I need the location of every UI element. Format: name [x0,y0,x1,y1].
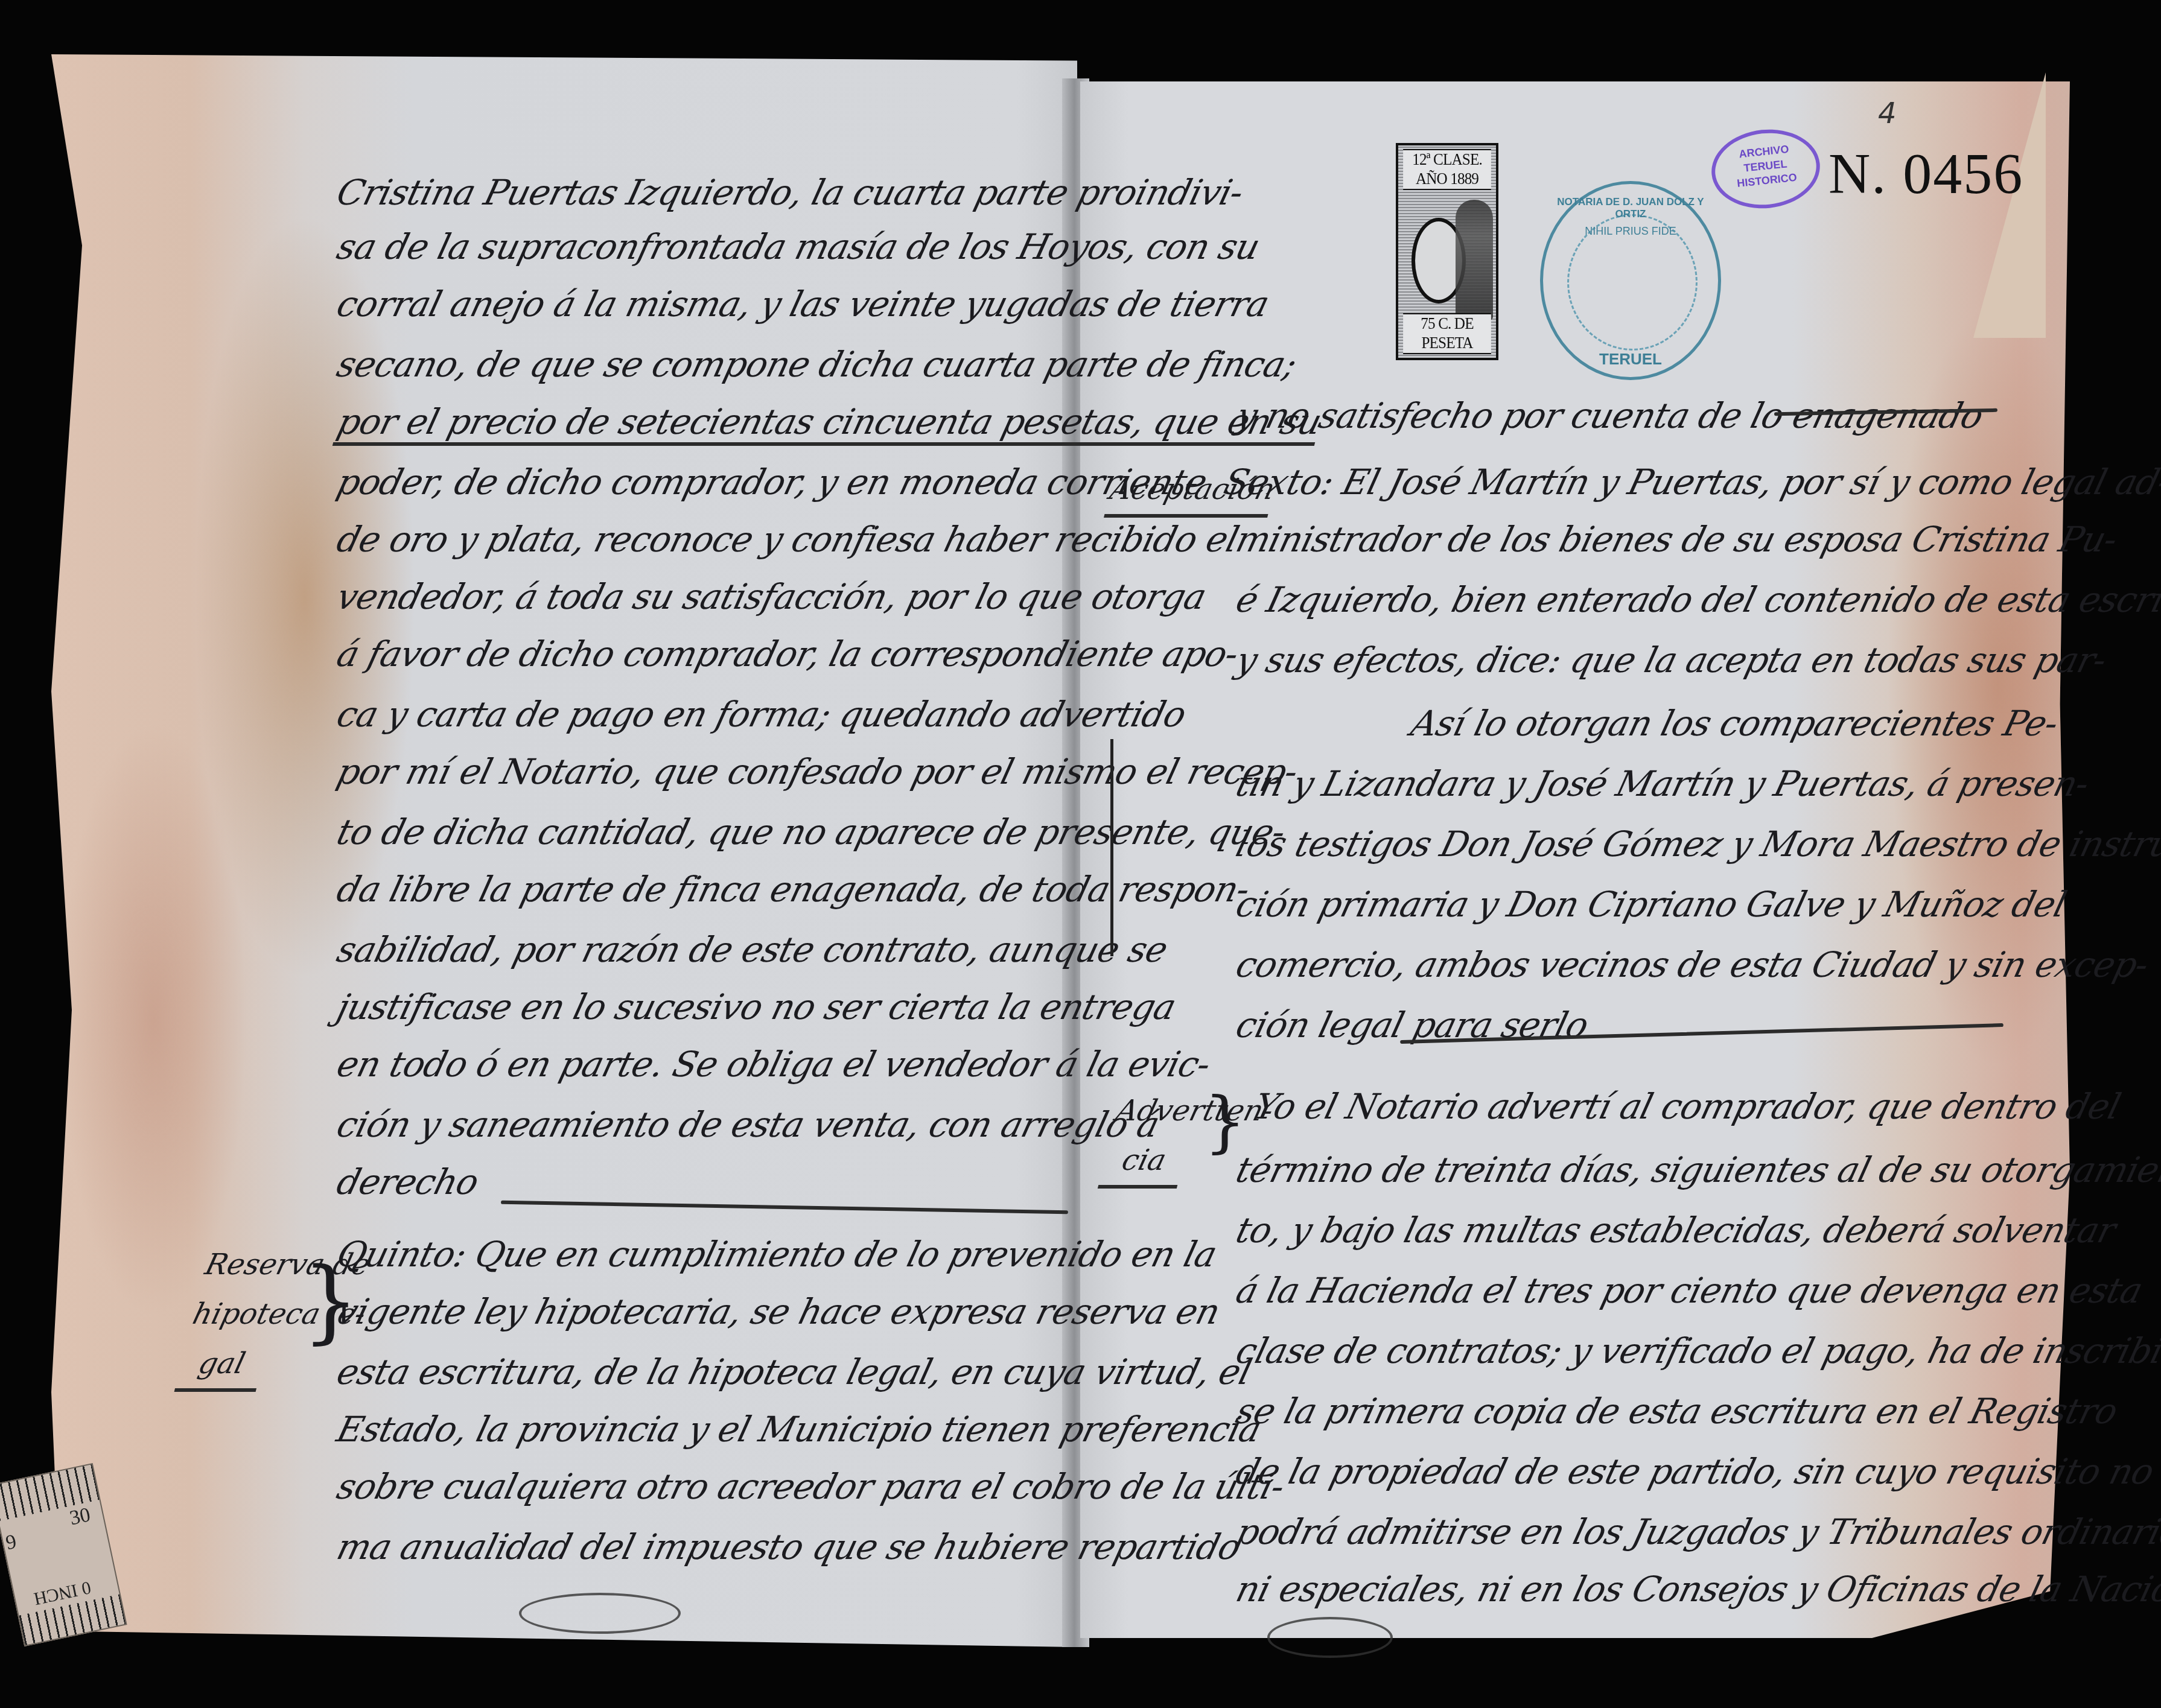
text-line: por mí el Notario, que confesado por el … [333,751,1302,792]
text-line-price: por el precio de setecientas cincuenta p… [333,401,1326,446]
text-line: justificase en lo sucesivo no ser cierta… [333,986,1180,1027]
text-line: poder, de dicho comprador, y en moneda c… [333,462,1211,503]
text-line: sabilidad, por razón de este contrato, a… [333,929,1172,970]
text-line: é Izquierdo, bien enterado del contenido… [1232,579,2161,620]
text-line: ni especiales, ni en los Consejos y Ofic… [1232,1569,2161,1610]
text-line: to de dicha cantidad, que no aparece de … [333,811,1290,852]
margin-note-advertencia: Advertten- cia [1098,1086,1279,1189]
text-line: se la primera copia de esta escritura en… [1232,1391,2122,1432]
stamp-header: 12ª CLASE. AÑO 1889 [1403,149,1491,190]
text-line: ción y saneamiento de esta venta, con ar… [333,1104,1163,1145]
text-line: á la Hacienda el tres por ciento que dev… [1232,1270,2147,1311]
text-line-clause-sexto: Sexto: El José Martín y Puertas, por sí … [1220,462,2161,503]
text-line: y sus efectos, dice: que la acepta en to… [1232,640,2111,681]
text-line: da libre la parte de finca enagenada, de… [333,869,1254,910]
seal-motto: NIHIL PRIUS FIDE [1543,225,1718,238]
allegorical-figure-icon [1456,200,1493,320]
page-number: 4 [1878,97,1897,130]
text-line: de oro y plata, reconoce y confiesa habe… [333,519,1243,560]
text-line: ministrador de los bienes de su esposa C… [1232,519,2121,560]
text-line: secano, de que se compone dicha cuarta p… [333,344,1301,385]
text-line: to, y bajo las multas establecidas, debe… [1232,1210,2120,1251]
text-line-clause-quinto: Quinto: Que en cumplimiento de lo preven… [333,1234,1221,1275]
margin-brace: } [302,1249,359,1354]
document-number: N. 0456 [1828,140,2023,207]
text-line: Cristina Puertas Izquierdo, la cuarta pa… [333,172,1247,213]
ruler-mark: 9 [4,1531,19,1555]
text-line: ción primaria y Don Cipriano Galve y Muñ… [1232,884,2070,925]
text-line: en todo ó en parte. Se obliga el vendedo… [333,1044,1215,1085]
stamp-footer: 75 C. DE PESETA [1403,313,1491,354]
margin-brace: } [1204,1083,1246,1160]
text-line: los testigos Don José Gómez y Mora Maest… [1232,824,2161,865]
text-line: comercio, ambos vecinos de esta Ciudad y… [1232,944,2153,985]
text-line: esta escritura, de la hipoteca legal, en… [333,1351,1256,1392]
seal-notary-name: NOTARIA DE D. JUAN DOLZ Y ORTIZ [1543,196,1718,220]
revenue-stamp: 12ª CLASE. AÑO 1889 75 C. DE PESETA [1396,143,1498,360]
closing-flourish [519,1593,681,1634]
text-line: de la propiedad de este partido, sin cuy… [1232,1451,2158,1492]
text-line: Estado, la provincia y el Municipio tien… [333,1409,1265,1450]
text-line-advertencia: Yo el Notario advertí al comprador, que … [1250,1086,2125,1127]
text-line: clase de contratos; y verificado el pago… [1232,1330,2161,1371]
text-line: vendedor, á toda su satisfacción, por lo… [333,576,1211,617]
text-line: término de treinta días, siguientes al d… [1232,1149,2161,1190]
text-line: ca y carta de pago en forma; quedando ad… [333,694,1190,735]
text-line: y no satisfecho por cuenta de lo enagena… [1232,395,1987,436]
text-line: derecho [333,1161,483,1202]
text-line: Así lo otorgan los comparecientes Pe- [1407,703,2063,744]
text-line: ma anualidad del impuesto que se hubiere… [333,1526,1245,1567]
ruler-mark: 30 [68,1503,92,1530]
text-line: corral anejo á la misma, y las veinte yu… [333,284,1273,325]
margin-initial-mark [1110,739,1113,956]
seal-city: TERUEL [1543,350,1718,369]
text-line: vigente ley hipotecaria, se hace expresa… [333,1291,1224,1332]
text-line: tin y Lizandara y José Martín y Puertas,… [1232,763,2093,804]
notary-seal: NOTARIA DE D. JUAN DOLZ Y ORTIZ NIHIL PR… [1540,181,1721,380]
text-line: sobre cualquiera otro acreedor para el c… [333,1466,1288,1507]
text-line: sa de la supraconfrontada masía de los H… [333,226,1264,267]
text-line: podrá admitirse en los Juzgados y Tribun… [1232,1511,2161,1552]
closing-flourish [1267,1617,1393,1658]
text-line: á favor de dicho comprador, la correspon… [333,633,1243,675]
margin-note-aceptacion: Aceptación [1104,465,1281,518]
